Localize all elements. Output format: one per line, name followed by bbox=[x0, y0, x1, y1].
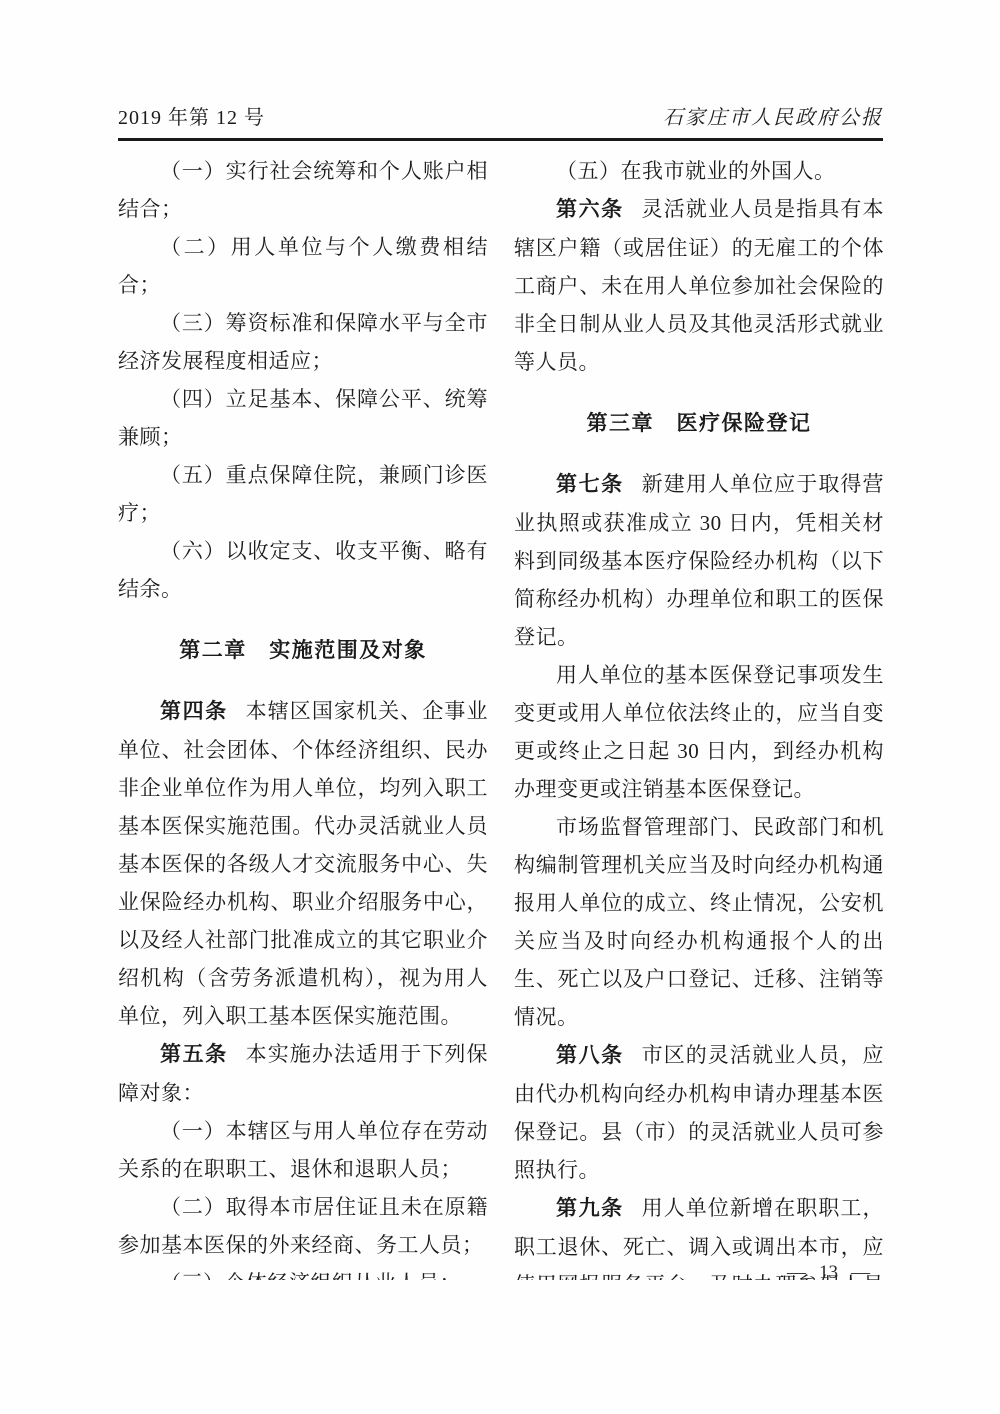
document-body: （一）实行社会统筹和个人账户相结合；（二）用人单位与个人缴费相结合；（三）筹资标… bbox=[118, 152, 884, 1280]
article-number: 第六条 bbox=[556, 198, 624, 221]
footer-dash-right: — bbox=[851, 1260, 870, 1286]
article-paragraph: 第四条本辖区国家机关、企事业单位、社会团体、个体经济组织、民办非企业单位作为用人… bbox=[118, 692, 488, 1035]
page-header: 2019 年第 12 号 石家庄市人民政府公报 bbox=[118, 104, 883, 141]
paragraph: （一）本辖区与用人单位存在劳动关系的在职职工、退休和退职人员； bbox=[118, 1112, 488, 1188]
page-footer: — 13 — bbox=[787, 1260, 870, 1286]
gazette-page: 2019 年第 12 号 石家庄市人民政府公报 （一）实行社会统筹和个人账户相结… bbox=[0, 0, 1000, 1414]
paragraph: （二）用人单位与个人缴费相结合； bbox=[118, 228, 488, 304]
article-paragraph: 第六条灵活就业人员是指具有本辖区户籍（或居住证）的无雇工的个体工商户、未在用人单… bbox=[514, 190, 884, 381]
publication-title: 石家庄市人民政府公报 bbox=[663, 104, 883, 132]
paragraph: （五）在我市就业的外国人。 bbox=[514, 152, 884, 190]
article-number: 第九条 bbox=[556, 1197, 624, 1220]
paragraph: （四）立足基本、保障公平、统筹兼顾； bbox=[118, 380, 488, 456]
article-number: 第八条 bbox=[556, 1044, 624, 1067]
paragraph: 市场监督管理部门、民政部门和机构编制管理机关应当及时向经办机构通报用人单位的成立… bbox=[514, 808, 884, 1036]
article-paragraph: 第五条本实施办法适用于下列保障对象： bbox=[118, 1035, 488, 1112]
paragraph: （一）实行社会统筹和个人账户相结合； bbox=[118, 152, 488, 228]
article-number: 第七条 bbox=[556, 473, 624, 496]
article-number: 第四条 bbox=[160, 700, 228, 723]
footer-dash-left: — bbox=[787, 1260, 806, 1286]
article-paragraph: 第八条市区的灵活就业人员，应由代办机构向经办机构申请办理基本医保登记。县（市）的… bbox=[514, 1036, 884, 1189]
left-column: （一）实行社会统筹和个人账户相结合；（二）用人单位与个人缴费相结合；（三）筹资标… bbox=[118, 152, 488, 1280]
article-paragraph: 第七条新建用人单位应于取得营业执照或获准成立 30 日内，凭相关材料到同级基本医… bbox=[514, 465, 884, 656]
page-number: 13 bbox=[819, 1260, 838, 1286]
paragraph: （二）取得本市居住证且未在原籍参加基本医保的外来经商、务工人员； bbox=[118, 1188, 488, 1264]
paragraph: （三）个体经济组织从业人员； bbox=[118, 1264, 488, 1280]
chapter-heading: 第二章 实施范围及对象 bbox=[118, 632, 488, 670]
chapter-heading: 第三章 医疗保险登记 bbox=[514, 405, 884, 443]
paragraph: （六）以收定支、收支平衡、略有结余。 bbox=[118, 532, 488, 608]
paragraph: （三）筹资标准和保障水平与全市经济发展程度相适应； bbox=[118, 304, 488, 380]
paragraph: 用人单位的基本医保登记事项发生变更或用人单位依法终止的，应当自变更或终止之日起 … bbox=[514, 656, 884, 808]
paragraph: （五）重点保障住院，兼顾门诊医疗； bbox=[118, 456, 488, 532]
issue-number: 2019 年第 12 号 bbox=[118, 104, 265, 132]
right-column: （五）在我市就业的外国人。第六条灵活就业人员是指具有本辖区户籍（或居住证）的无雇… bbox=[514, 152, 884, 1280]
article-number: 第五条 bbox=[160, 1043, 228, 1066]
